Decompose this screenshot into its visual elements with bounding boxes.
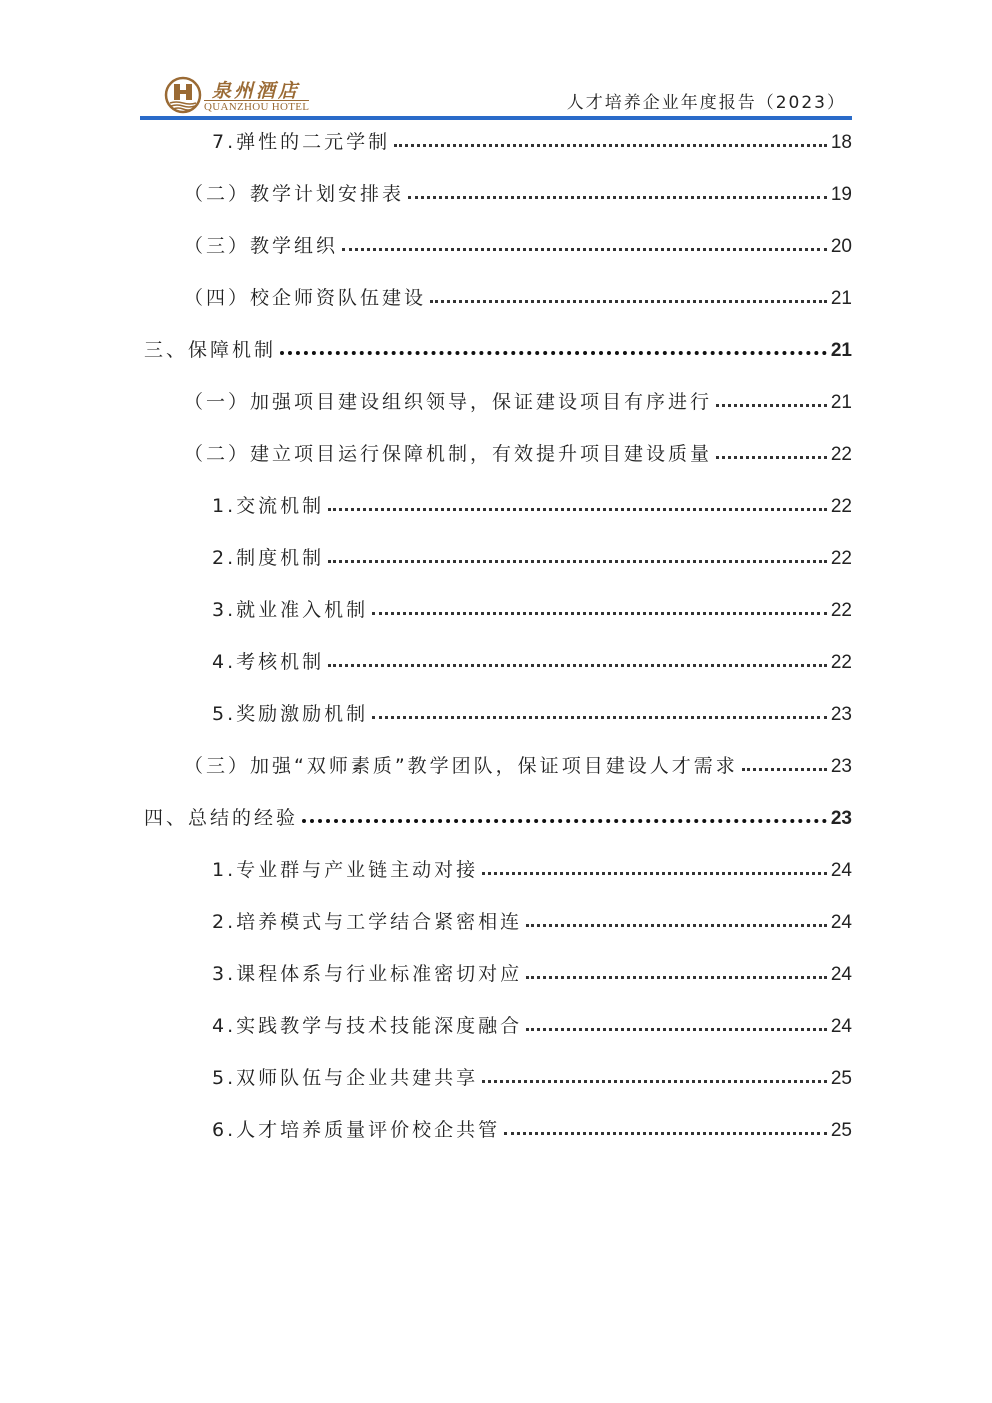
toc-leader-dots bbox=[742, 768, 827, 771]
toc-entry-label: 2.制度机制 bbox=[212, 543, 328, 570]
toc-leader-dots bbox=[328, 664, 827, 667]
toc-entry-label: 1.专业群与产业链主动对接 bbox=[212, 855, 482, 882]
toc-entry[interactable]: 4.考核机制22 bbox=[140, 644, 852, 674]
toc-page-number: 18 bbox=[831, 132, 852, 154]
toc-page-number: 24 bbox=[831, 860, 852, 882]
logo-english-name: QUANZHOU HOTEL bbox=[204, 100, 309, 113]
toc-leader-dots bbox=[280, 351, 827, 355]
toc-page-number: 23 bbox=[831, 808, 852, 830]
toc-entry[interactable]: （三）教学组织20 bbox=[140, 228, 852, 258]
toc-entry-label: 三、保障机制 bbox=[144, 335, 280, 362]
logo-chinese-name: 泉州酒店 bbox=[212, 76, 300, 103]
toc-page-number: 25 bbox=[831, 1068, 852, 1090]
toc-entry-label: 四、总结的经验 bbox=[144, 803, 302, 830]
toc-entry[interactable]: 7.弹性的二元学制18 bbox=[140, 124, 852, 154]
toc-leader-dots bbox=[394, 144, 827, 147]
toc-entry[interactable]: （一）加强项目建设组织领导，保证建设项目有序进行21 bbox=[140, 384, 852, 414]
toc-entry[interactable]: 1.交流机制22 bbox=[140, 488, 852, 518]
toc-page-number: 22 bbox=[831, 444, 852, 466]
toc-entry[interactable]: 3.就业准入机制22 bbox=[140, 592, 852, 622]
toc-entry-label: （一）加强项目建设组织领导，保证建设项目有序进行 bbox=[184, 387, 716, 414]
toc-leader-dots bbox=[526, 976, 827, 979]
toc-leader-dots bbox=[504, 1132, 827, 1135]
page-header: 泉州酒店 QUANZHOU HOTEL 人才培养企业年度报告（2023） bbox=[140, 74, 852, 120]
toc-entry-label: 5.奖励激励机制 bbox=[212, 699, 372, 726]
toc-leader-dots bbox=[342, 248, 827, 251]
toc-page-number: 25 bbox=[831, 1120, 852, 1142]
toc-entry-label: （三）加强“双师素质”教学团队，保证项目建设人才需求 bbox=[184, 751, 742, 778]
toc-leader-dots bbox=[526, 924, 827, 927]
toc-page-number: 24 bbox=[831, 1016, 852, 1038]
toc-entry-label: 1.交流机制 bbox=[212, 491, 328, 518]
toc-entry-label: （四）校企师资队伍建设 bbox=[184, 283, 430, 310]
toc-page-number: 22 bbox=[831, 496, 852, 518]
toc-entry[interactable]: 4.实践教学与技术技能深度融合24 bbox=[140, 1008, 852, 1038]
toc-page-number: 21 bbox=[831, 340, 852, 362]
toc-entry-label: （三）教学组织 bbox=[184, 231, 342, 258]
toc-entry-label: 6.人才培养质量评价校企共管 bbox=[212, 1115, 504, 1142]
toc-page-number: 22 bbox=[831, 652, 852, 674]
toc-leader-dots bbox=[328, 508, 827, 511]
toc-page-number: 23 bbox=[831, 756, 852, 778]
report-title: 人才培养企业年度报告（2023） bbox=[567, 88, 846, 113]
toc-entry[interactable]: 6.人才培养质量评价校企共管25 bbox=[140, 1112, 852, 1142]
toc-leader-dots bbox=[372, 716, 827, 719]
toc-page-number: 19 bbox=[831, 184, 852, 206]
toc-entry-label: 5.双师队伍与企业共建共享 bbox=[212, 1063, 482, 1090]
toc-leader-dots bbox=[408, 196, 827, 199]
toc-entry[interactable]: 5.双师队伍与企业共建共享25 bbox=[140, 1060, 852, 1090]
toc-leader-dots bbox=[482, 1080, 827, 1083]
toc-entry[interactable]: 四、总结的经验23 bbox=[140, 800, 852, 830]
toc-entry-label: 3.就业准入机制 bbox=[212, 595, 372, 622]
toc-leader-dots bbox=[716, 456, 827, 459]
toc-page-number: 22 bbox=[831, 600, 852, 622]
toc-entry-label: 3.课程体系与行业标准密切对应 bbox=[212, 959, 526, 986]
toc-entry[interactable]: 1.专业群与产业链主动对接24 bbox=[140, 852, 852, 882]
toc-entry[interactable]: （四）校企师资队伍建设21 bbox=[140, 280, 852, 310]
hotel-logo-icon bbox=[164, 76, 202, 114]
header-rule bbox=[140, 116, 852, 120]
toc-entry-label: 4.实践教学与技术技能深度融合 bbox=[212, 1011, 526, 1038]
toc-leader-dots bbox=[482, 872, 827, 875]
toc-entry[interactable]: 5.奖励激励机制23 bbox=[140, 696, 852, 726]
toc-leader-dots bbox=[328, 560, 827, 563]
toc-page-number: 24 bbox=[831, 912, 852, 934]
toc-page-number: 21 bbox=[831, 392, 852, 414]
toc-leader-dots bbox=[430, 300, 827, 303]
toc-entry-label: 4.考核机制 bbox=[212, 647, 328, 674]
toc-entry-label: 7.弹性的二元学制 bbox=[212, 127, 394, 154]
toc-leader-dots bbox=[526, 1028, 827, 1031]
hotel-logo: 泉州酒店 QUANZHOU HOTEL bbox=[164, 76, 364, 116]
toc-entry[interactable]: 三、保障机制21 bbox=[140, 332, 852, 362]
toc-entry[interactable]: 3.课程体系与行业标准密切对应24 bbox=[140, 956, 852, 986]
toc-leader-dots bbox=[716, 404, 827, 407]
toc-page-number: 23 bbox=[831, 704, 852, 726]
toc-entry[interactable]: 2.制度机制22 bbox=[140, 540, 852, 570]
toc-entry[interactable]: （二）教学计划安排表19 bbox=[140, 176, 852, 206]
toc-entry-label: （二）教学计划安排表 bbox=[184, 179, 408, 206]
toc-page-number: 20 bbox=[831, 236, 852, 258]
toc-leader-dots bbox=[302, 819, 827, 823]
toc-entry-label: 2.培养模式与工学结合紧密相连 bbox=[212, 907, 526, 934]
toc-entry-label: （二）建立项目运行保障机制，有效提升项目建设质量 bbox=[184, 439, 716, 466]
toc-entry[interactable]: （三）加强“双师素质”教学团队，保证项目建设人才需求23 bbox=[140, 748, 852, 778]
toc-entry[interactable]: （二）建立项目运行保障机制，有效提升项目建设质量22 bbox=[140, 436, 852, 466]
toc-leader-dots bbox=[372, 612, 827, 615]
toc-page-number: 22 bbox=[831, 548, 852, 570]
toc-page-number: 21 bbox=[831, 288, 852, 310]
toc-page-number: 24 bbox=[831, 964, 852, 986]
toc-entry[interactable]: 2.培养模式与工学结合紧密相连24 bbox=[140, 904, 852, 934]
